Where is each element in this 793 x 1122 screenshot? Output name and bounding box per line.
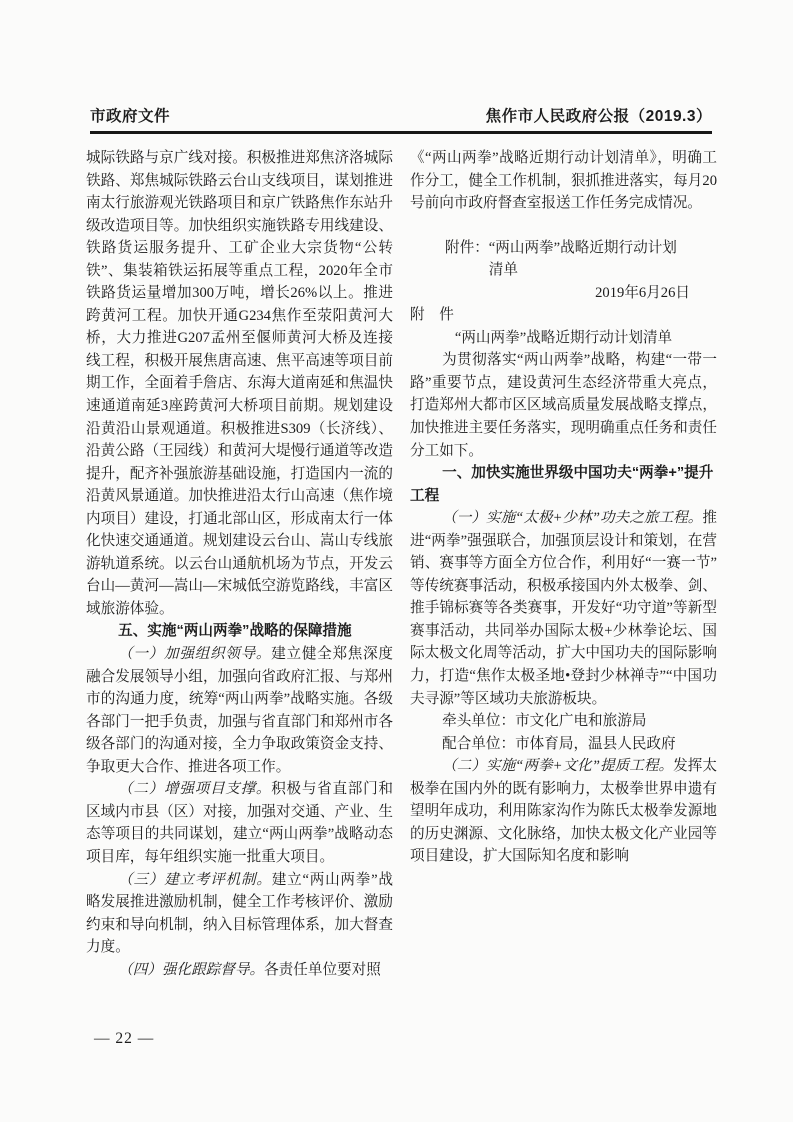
content-columns: 城际铁路与京广线对接。积极推进郑焦济洛城际铁路、郑焦城际铁路云台山支线项目，谋划… <box>86 147 717 981</box>
item-3-lead: （三）建立考评机制。 <box>118 872 272 888</box>
section-heading-five: 五、实施“两山两拳”战略的保障措施 <box>86 620 393 643</box>
header-rule <box>90 131 712 134</box>
item-4-body: 各责任单位要对照 <box>264 962 381 978</box>
paragraph-safeguard-item-1: （一）加强组织领导。建立健全郑焦深度融合发展领导小组，加强向省政府汇报、与郑州市… <box>86 643 393 778</box>
page-footer: — 22 — <box>94 1030 154 1048</box>
attachment-line-2: 清单 <box>489 259 677 282</box>
section-heading-one: 一、加快实施世界级中国功夫“两拳+”提升工程 <box>410 462 717 507</box>
item-4-lead: （四）强化跟踪督导。 <box>118 962 264 978</box>
attachment-reference: 附件： “两山两拳”战略近期行动计划 清单 <box>445 237 717 282</box>
header-gazette-title: 焦作市人民政府公报（2019.3） <box>486 104 712 126</box>
paragraph-appendix-intro: 为贯彻落实“两山两拳”战略，构建“一带一路”重要节点，建设黄河生态经济带重大亮点… <box>410 349 717 462</box>
page-number: — 22 — <box>94 1030 154 1047</box>
paragraph-safeguard-item-2: （二）增强项目支撑。积极与省直部门和区域内市县（区）对接，加强对交通、产业、生态… <box>86 778 393 868</box>
project-1-body: 推进“两拳”强强联合，加强顶层设计和策划，在营销、赛事等方面全方位合作，利用好“… <box>410 510 717 706</box>
paragraph-safeguard-item-3: （三）建立考评机制。建立“两山两拳”战略发展推进激励机制，健全工作考核评价、激励… <box>86 869 393 959</box>
attachment-line-1: “两山两拳”战略近期行动计划 <box>489 237 677 260</box>
left-column: 城际铁路与京广线对接。积极推进郑焦济洛城际铁路、郑焦城际铁路云台山支线项目，谋划… <box>86 147 393 981</box>
document-date: 2019年6月26日 <box>410 282 717 305</box>
project-1-lead: （一）实施“太极+少林”功夫之旅工程。 <box>442 510 702 526</box>
paragraph-safeguard-item-4: （四）强化跟踪督导。各责任单位要对照 <box>86 959 393 982</box>
item-1-body: 建立健全郑焦深度融合发展领导小组，加强向省政府汇报、与郑州市的沟通力度，统筹“两… <box>86 646 393 775</box>
paragraph-followup-continuation: 《“两山两拳”战略近期行动计划清单》，明确工作分工，健全工作机制，狠抓推进落实，… <box>410 147 717 215</box>
paragraph-transport-continuation: 城际铁路与京广线对接。积极推进郑焦济洛城际铁路、郑焦城际铁路云台山支线项目，谋划… <box>86 147 393 620</box>
document-page: 市政府文件 焦作市人民政府公报（2019.3） 城际铁路与京广线对接。积极推进郑… <box>0 0 793 1122</box>
project-2-lead: （二）实施“两拳+文化”提质工程。 <box>442 758 673 774</box>
appendix-title: “两山两拳”战略近期行动计划清单 <box>410 327 717 350</box>
attachment-text: “两山两拳”战略近期行动计划 清单 <box>489 237 677 282</box>
attachment-label: 附件： <box>445 237 489 282</box>
appendix-marker: 附 件 <box>410 304 717 327</box>
item-1-lead: （一）加强组织领导。 <box>118 646 271 662</box>
right-column: 《“两山两拳”战略近期行动计划清单》，明确工作分工，健全工作机制，狠抓推进落实，… <box>410 147 717 981</box>
paragraph-project-item-1: （一）实施“太极+少林”功夫之旅工程。推进“两拳”强强联合，加强顶层设计和策划，… <box>410 507 717 710</box>
header-doc-category: 市政府文件 <box>90 104 170 126</box>
support-unit-line: 配合单位：市体育局，温县人民政府 <box>410 733 717 756</box>
lead-unit-line: 牵头单位：市文化广电和旅游局 <box>410 710 717 733</box>
paragraph-project-item-2: （二）实施“两拳+文化”提质工程。发挥太极拳在国内外的既有影响力，太极拳世界申遗… <box>410 755 717 868</box>
item-2-lead: （二）增强项目支撑。 <box>118 781 271 797</box>
page-header: 市政府文件 焦作市人民政府公报（2019.3） <box>90 104 712 126</box>
